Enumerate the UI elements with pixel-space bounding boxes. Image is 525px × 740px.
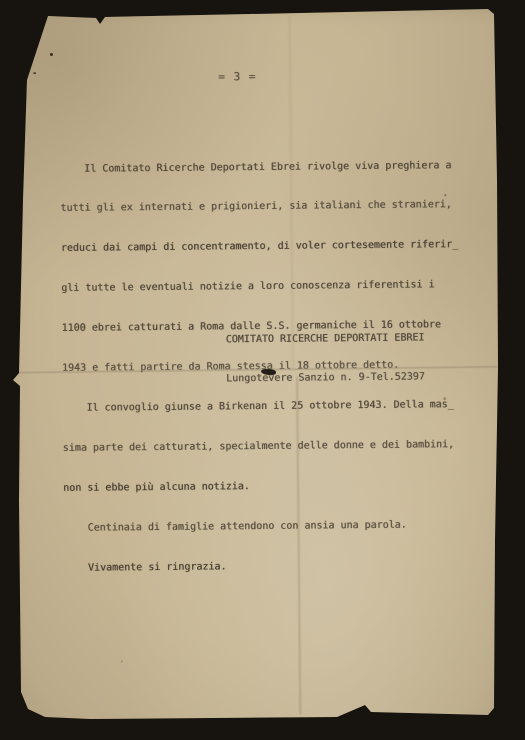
stain-spot (33, 72, 36, 74)
paper-sheet: = 3 = Il Comitato Ricerche Deportati Ebr… (0, 0, 525, 740)
photo-background: = 3 = Il Comitato Ricerche Deportati Ebr… (0, 0, 525, 740)
typed-line: reduci dai campi di concentramento, di v… (61, 238, 471, 255)
signature-block: COMITATO RICERCHE DEPORTATI EBREI Lungot… (225, 304, 425, 412)
page-number: = 3 = (218, 70, 256, 84)
signature-address: Lungotevere Sanzio n. 9-Tel.52397 (226, 371, 425, 386)
typed-line: non si ebbe più alcuna notizia. (63, 478, 473, 495)
signature-organization: COMITATO RICERCHE DEPORTATI EBREI (226, 331, 425, 346)
stain-spot (444, 194, 446, 196)
typed-line: Vivamente si ringrazia. (64, 557, 474, 574)
stain-spot (121, 660, 123, 662)
typed-line: sima parte dei catturati, specialmente d… (63, 438, 473, 455)
stain-spot (50, 53, 53, 56)
typed-line: Il Comitato Ricerche Deportati Ebrei riv… (60, 159, 470, 176)
typed-line: Centinaia di famiglie attendono con ansi… (63, 518, 473, 535)
typed-line: tutti gli ex internati e prigionieri, si… (60, 198, 470, 215)
typed-line: gli tutte le eventuali notizie a loro co… (61, 278, 471, 295)
document-page: = 3 = Il Comitato Ricerche Deportati Ebr… (0, 0, 525, 740)
stain-spot (443, 397, 446, 400)
